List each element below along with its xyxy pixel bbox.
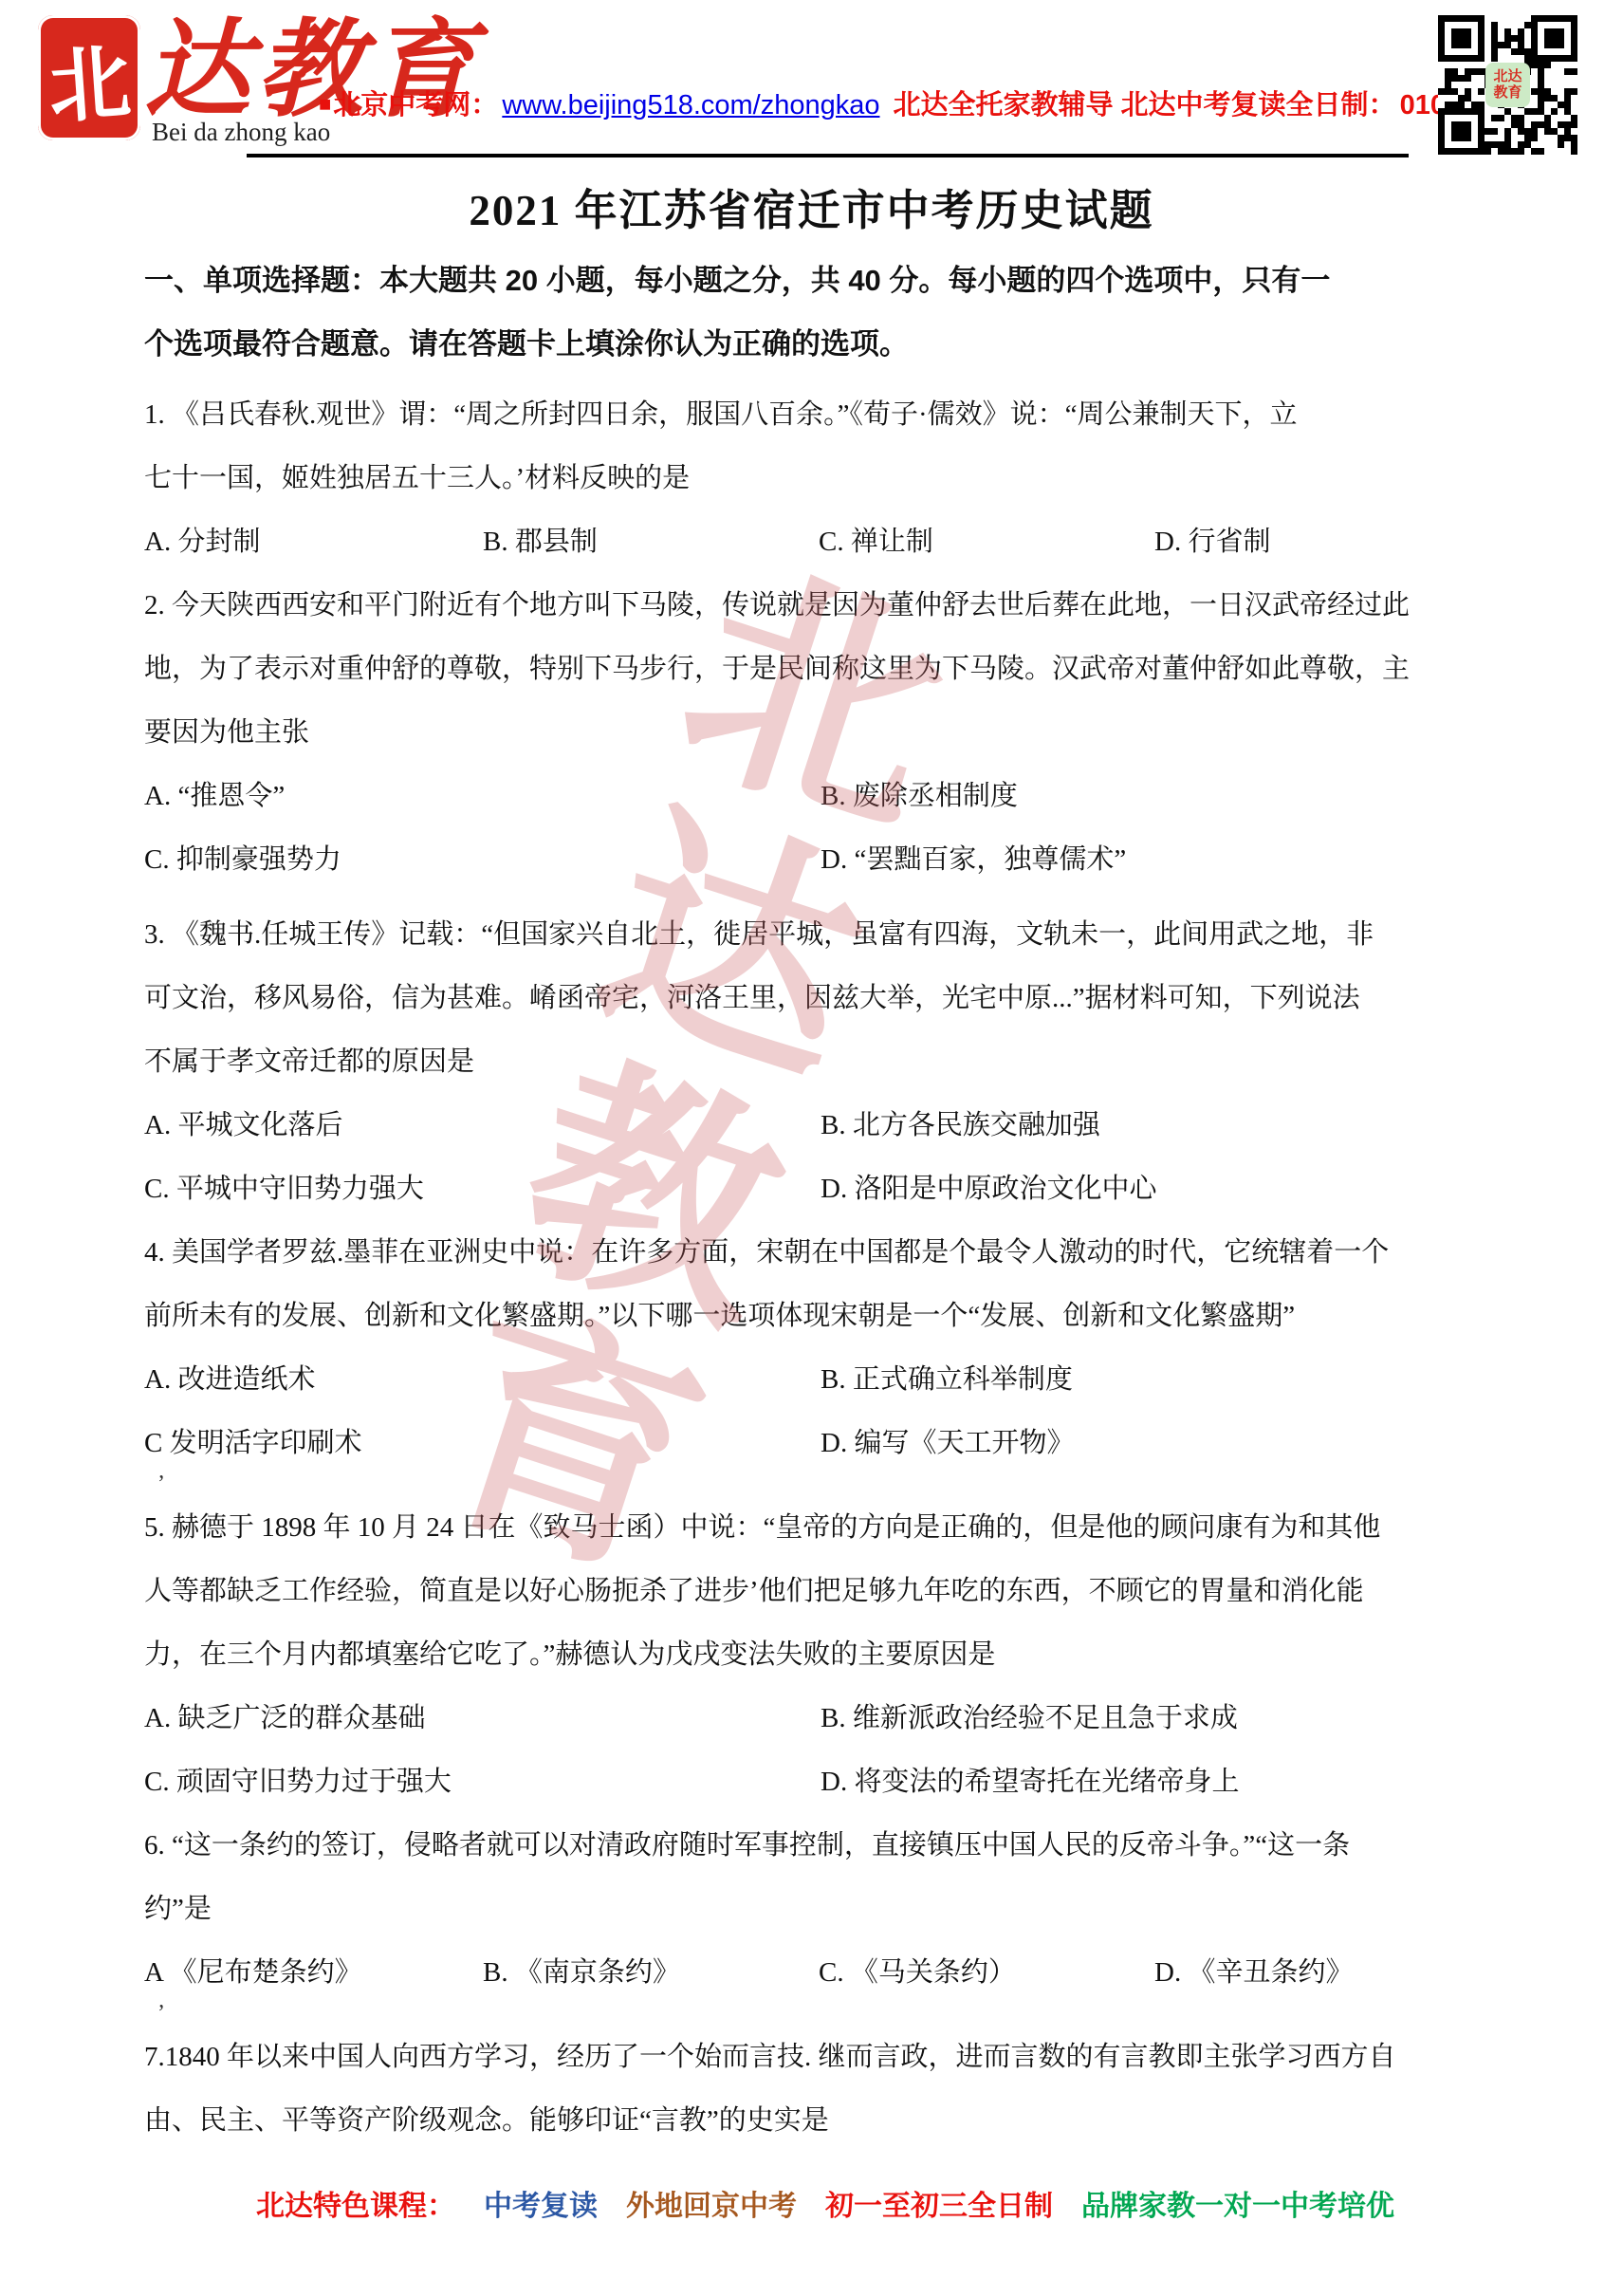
question-1-option-D: D. 行省制 bbox=[1154, 510, 1491, 574]
question-6-option-A: A 《尼布楚条约》 bbox=[144, 1941, 483, 2005]
question-6-options: A 《尼布楚条约》B. 《南京条约》C. 《马关条约）D. 《辛丑条约》 bbox=[144, 1941, 1491, 2005]
question-2-stem-line-1: 2. 今天陕西西安和平门附近有个地方叫下马陵，传说就是因为董仲舒去世后葬在此地，… bbox=[144, 574, 1491, 638]
question-5-stem-line-2: 人等都缺乏工作经验，简直是以好心肠扼杀了进步’他们把足够九年吃的东西，不顾它的胃… bbox=[144, 1560, 1491, 1623]
question-1-stem-line-2: 七十一国，姬姓独居五十三人。’材料反映的是 bbox=[144, 447, 1491, 510]
question-6-stem-line-1: 6. “这一条约的签订，侵略者就可以对清政府随时军事控制，直接镇压中国人民的反帝… bbox=[144, 1814, 1491, 1878]
question-3-stem-line-1: 3. 《魏书.任城王传》记载：“但国家兴自北土，徙居平城，虽富有四海，文轨未一，… bbox=[144, 903, 1491, 967]
question-5-option-C: C. 顽固守旧势力过于强大 bbox=[144, 1750, 821, 1814]
question-6-option-B: B. 《南京条约》 bbox=[483, 1941, 819, 2005]
question-4-stem-line-2: 前所未有的发展、创新和文化繁盛期。”以下哪一选项体现宋朝是一个“发展、创新和文化… bbox=[144, 1285, 1491, 1348]
site-label: 北京中考网： bbox=[333, 90, 498, 120]
question-7-stem-line-1: 7.1840 年以来中国人向西方学习，经历了一个始而言技. 继而言政，进而言数的… bbox=[144, 2026, 1491, 2089]
qr-badge-line2: 教育 bbox=[1493, 85, 1522, 102]
question-5-options: A. 缺乏广泛的群众基础B. 维新派政治经验不足且急于求成C. 顽固守旧势力过于… bbox=[144, 1687, 1491, 1814]
question-2-option-B: B. 废除丞相制度 bbox=[821, 765, 1491, 828]
question-1-option-C: C. 禅让制 bbox=[819, 510, 1154, 574]
footer-segment-1: 北达特色课程： bbox=[256, 2191, 455, 2222]
qr-center-badge: 北达 教育 bbox=[1485, 63, 1530, 107]
question-3-option-D: D. 洛阳是中原政治文化中心 bbox=[821, 1157, 1491, 1221]
question-3: 3. 《魏书.任城王传》记载：“但国家兴自北土，徙居平城，虽富有四海，文轨未一，… bbox=[144, 903, 1491, 1221]
brand-seal-icon: 北 bbox=[38, 15, 140, 140]
question-3-option-C: C. 平城中守旧势力强大 bbox=[144, 1157, 821, 1221]
qr-badge-line1: 北达 bbox=[1493, 69, 1522, 85]
question-4: 4. 美国学者罗兹.墨菲在亚洲史中说：在许多方面，宋朝在中国都是个最令人激动的时… bbox=[144, 1221, 1491, 1496]
question-3-options: A. 平城文化落后B. 北方各民族交融加强C. 平城中守旧势力强大D. 洛阳是中… bbox=[144, 1094, 1491, 1221]
footer-segment-5: 品牌家教一对一中考培优 bbox=[1081, 2191, 1394, 2222]
services-text: 北达全托家教辅导 北达中考复读全日制： bbox=[894, 90, 1396, 120]
question-1-stem-line-1: 1. 《吕氏春秋.观世》谓：“周之所封四日余，服国八百余。”《荀子·儒效》说：“… bbox=[144, 383, 1491, 447]
footer-segment-3: 外地回京中考 bbox=[626, 2191, 797, 2222]
question-6: 6. “这一条约的签订，侵略者就可以对清政府随时军事控制，直接镇压中国人民的反帝… bbox=[144, 1814, 1491, 2026]
header-divider bbox=[247, 154, 1409, 157]
question-3-stem-line-2: 可文治，移风易俗，信为甚难。崤函帝宅，河洛王里，因兹大举，光宅中原...”据材料… bbox=[144, 967, 1491, 1030]
question-4-option-A: A. 改进造纸术 bbox=[144, 1348, 821, 1412]
brand-seal-char: 北 bbox=[45, 16, 134, 139]
brand-subtitle: Bei da zhong kao bbox=[152, 118, 330, 147]
question-4-options: A. 改进造纸术B. 正式确立科举制度C 发明活字印刷术D. 编写《天工开物》 bbox=[144, 1348, 1491, 1475]
stray-mark: ’ bbox=[144, 1475, 1491, 1496]
question-1-option-A: A. 分封制 bbox=[144, 510, 483, 574]
question-2-stem-line-3: 要因为他主张 bbox=[144, 701, 1491, 765]
question-3-stem-line-3: 不属于孝文帝迁都的原因是 bbox=[144, 1030, 1491, 1094]
section-intro: 一、单项选择题：本大题共 20 小题，每小题之分，共 40 分。每小题的四个选项… bbox=[144, 249, 1623, 376]
question-2-option-D: D. “罢黜百家，独尊儒术” bbox=[821, 828, 1491, 892]
question-1-options: A. 分封制B. 郡县制C. 禅让制D. 行省制 bbox=[144, 510, 1491, 574]
section-intro-line-2: 个选项最符合题意。请在答题卡上填涂你认为正确的选项。 bbox=[144, 312, 1623, 376]
question-4-stem-line-1: 4. 美国学者罗兹.墨菲在亚洲史中说：在许多方面，宋朝在中国都是个最令人激动的时… bbox=[144, 1221, 1491, 1285]
question-5-stem-line-3: 力，在三个月内都填塞给它吃了。”赫德认为戊戌变法失败的主要原因是 bbox=[144, 1623, 1491, 1687]
footer-segment-4: 初一至初三全日制 bbox=[825, 2191, 1053, 2222]
site-link[interactable]: www.beijing518.com/zhongkao bbox=[502, 90, 879, 120]
question-6-stem-line-2: 约”是 bbox=[144, 1878, 1491, 1941]
question-1: 1. 《吕氏春秋.观世》谓：“周之所封四日余，服国八百余。”《荀子·儒效》说：“… bbox=[144, 383, 1491, 574]
header: 北 达教育 Bei da zhong kao ■北京中考网：www.beijin… bbox=[0, 0, 1623, 163]
qr-code: 北达 教育 bbox=[1438, 15, 1577, 155]
question-6-option-C: C. 《马关条约） bbox=[819, 1941, 1154, 2005]
section-intro-line-1: 一、单项选择题：本大题共 20 小题，每小题之分，共 40 分。每小题的四个选项… bbox=[144, 249, 1623, 312]
question-4-option-B: B. 正式确立科举制度 bbox=[821, 1348, 1491, 1412]
question-5-stem-line-1: 5. 赫德于 1898 年 10 月 24 日在《致马士函）中说：“皇帝的方向是… bbox=[144, 1496, 1491, 1560]
question-5: 5. 赫德于 1898 年 10 月 24 日在《致马士函）中说：“皇帝的方向是… bbox=[144, 1496, 1491, 1814]
question-4-option-C: C 发明活字印刷术 bbox=[144, 1412, 821, 1475]
question-5-option-D: D. 将变法的希望寄托在光绪帝身上 bbox=[821, 1750, 1491, 1814]
question-1-option-B: B. 郡县制 bbox=[483, 510, 819, 574]
question-2: 2. 今天陕西西安和平门附近有个地方叫下马陵，传说就是因为董仲舒去世后葬在此地，… bbox=[144, 574, 1491, 892]
question-2-stem-line-2: 地，为了表示对重仲舒的尊敬，特别下马步行，于是民间称这里为下马陵。汉武帝对董仲舒… bbox=[144, 638, 1491, 701]
footer: 北达特色课程：中考复读外地回京中考初一至初三全日制品牌家教一对一中考培优 bbox=[256, 2182, 1423, 2224]
question-5-option-B: B. 维新派政治经验不足且急于求成 bbox=[821, 1687, 1491, 1750]
question-2-option-C: C. 抑制豪强势力 bbox=[144, 828, 821, 892]
question-list: 1. 《吕氏春秋.观世》谓：“周之所封四日余，服国八百余。”《荀子·儒效》说：“… bbox=[144, 383, 1491, 2153]
question-7: 7.1840 年以来中国人向西方学习，经历了一个始而言技. 继而言政，进而言数的… bbox=[144, 2026, 1491, 2153]
contact-line: ■北京中考网：www.beijing518.com/zhongkao北达全托家教… bbox=[319, 83, 1577, 122]
bullet-icon: ■ bbox=[319, 92, 331, 116]
question-3-option-A: A. 平城文化落后 bbox=[144, 1094, 821, 1157]
question-7-stem-line-2: 由、民主、平等资产阶级观念。能够印证“言教”的史实是 bbox=[144, 2089, 1491, 2153]
page-title: 2021 年江苏省宿迁市中考历史试题 bbox=[0, 176, 1623, 245]
question-6-option-D: D. 《辛丑条约》 bbox=[1154, 1941, 1491, 2005]
exam-page: 北 达教育 Bei da zhong kao ■北京中考网：www.beijin… bbox=[0, 0, 1623, 2296]
question-5-option-A: A. 缺乏广泛的群众基础 bbox=[144, 1687, 821, 1750]
footer-segment-2: 中考复读 bbox=[484, 2191, 598, 2222]
question-2-options: A. “推恩令”B. 废除丞相制度C. 抑制豪强势力D. “罢黜百家，独尊儒术” bbox=[144, 765, 1491, 892]
question-3-option-B: B. 北方各民族交融加强 bbox=[821, 1094, 1491, 1157]
question-4-option-D: D. 编写《天工开物》 bbox=[821, 1412, 1491, 1475]
question-2-option-A: A. “推恩令” bbox=[144, 765, 821, 828]
stray-mark: ’ bbox=[144, 2005, 1491, 2026]
